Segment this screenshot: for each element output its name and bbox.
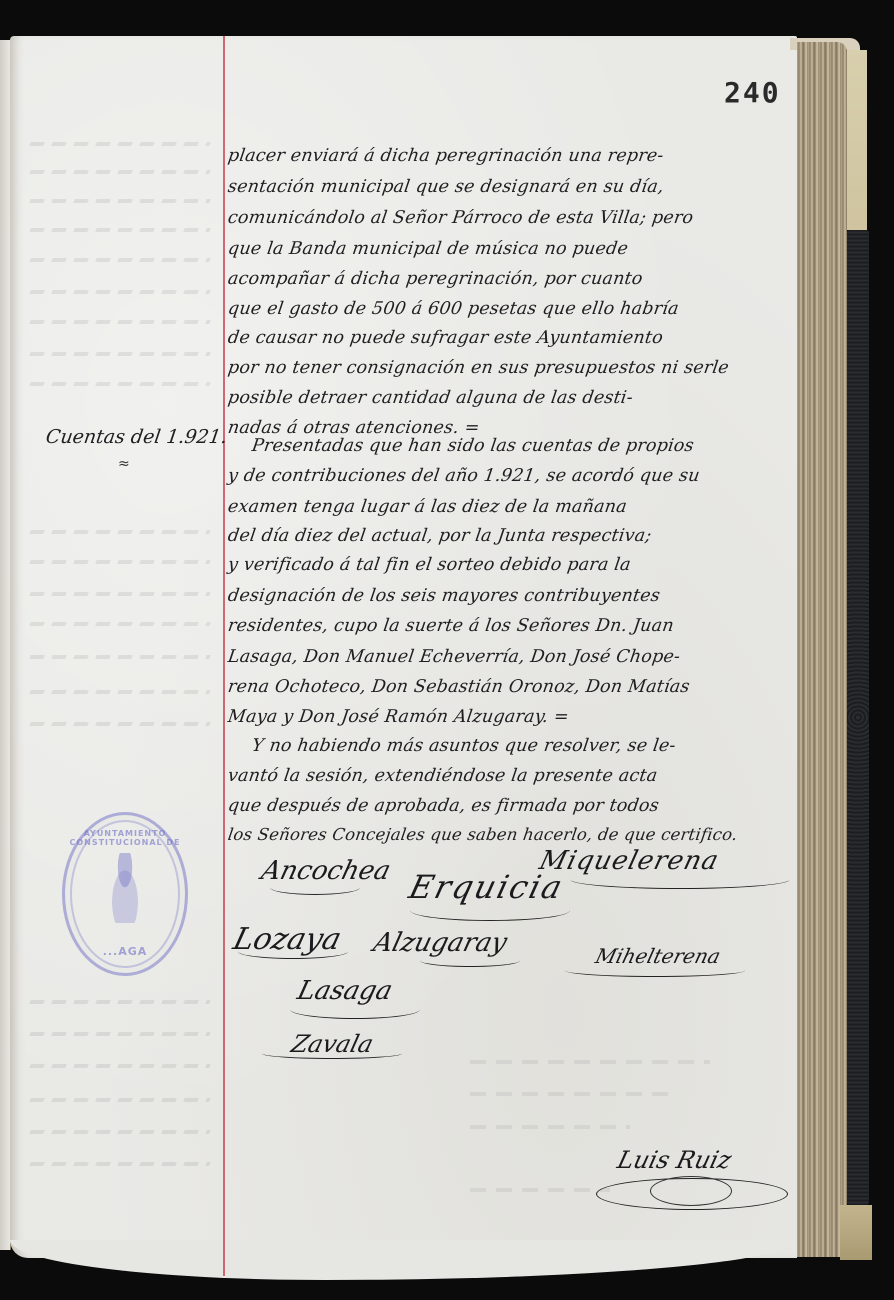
- bleed-through-line: [29, 352, 210, 356]
- signature-flourish: [270, 880, 360, 895]
- bleed-through-line: [29, 382, 210, 386]
- book-text-block-edge: [797, 42, 847, 1257]
- bleed-through-line: [29, 655, 210, 659]
- bleed-through-line: [470, 1125, 630, 1129]
- bleed-through-line: [29, 690, 210, 694]
- margin-heading: Cuentas del 1.921.: [44, 426, 228, 448]
- bleed-through-line: [29, 1000, 210, 1004]
- bleed-through-line: [29, 622, 210, 626]
- seal-text-bottom: ...AGA: [65, 945, 185, 958]
- bleed-through-line: [29, 199, 210, 203]
- signature-rubric: [650, 1176, 732, 1206]
- bleed-through-line: [29, 530, 210, 534]
- bleed-through-line: [470, 1060, 710, 1064]
- red-margin-rule: [223, 36, 225, 1276]
- bleed-through-line: [29, 1098, 210, 1102]
- signature-flourish: [238, 944, 348, 959]
- bleed-through-line: [29, 1130, 210, 1134]
- bleed-through-line: [29, 1032, 210, 1036]
- bleed-through-line: [29, 722, 210, 726]
- signature-flourish: [410, 900, 570, 921]
- margin-mark: ≈: [118, 456, 130, 472]
- bleed-through-line: [29, 320, 210, 324]
- bleed-through-line: [29, 1064, 210, 1068]
- signature-secretary: Luis Ruiz: [615, 1146, 735, 1174]
- seal-emblem-icon: [105, 853, 145, 923]
- signature-flourish: [262, 1048, 402, 1059]
- bleed-through-line: [470, 1092, 670, 1096]
- bleed-through-line: [29, 170, 210, 174]
- book-cover-leather: [847, 230, 869, 1205]
- book-edge-highlight: [847, 50, 867, 230]
- page-bottom-curl: [10, 1240, 797, 1280]
- signature-flourish: [290, 1000, 420, 1019]
- bleed-through-line: [29, 290, 210, 294]
- municipal-seal-stamp: AYUNTAMIENTO CONSTITUCIONAL DE ...AGA: [62, 812, 188, 976]
- scanned-ledger-page: 240 Cuentas del 1.921. ≈ placer enviará …: [0, 0, 894, 1300]
- bleed-through-line: [29, 258, 210, 262]
- seal-text-top: AYUNTAMIENTO CONSTITUCIONAL DE: [65, 829, 185, 847]
- bleed-through-line: [29, 560, 210, 564]
- bleed-through-line: [29, 142, 210, 146]
- signature-flourish: [570, 870, 790, 889]
- bleed-through-line: [29, 228, 210, 232]
- bleed-through-line: [29, 1162, 210, 1166]
- book-edge-bottom: [840, 1205, 872, 1260]
- bleed-through-line: [470, 1188, 610, 1192]
- folio-number: 240: [724, 76, 781, 109]
- signature-flourish: [565, 964, 745, 977]
- bleed-through-line: [29, 592, 210, 596]
- signature-flourish: [420, 954, 520, 967]
